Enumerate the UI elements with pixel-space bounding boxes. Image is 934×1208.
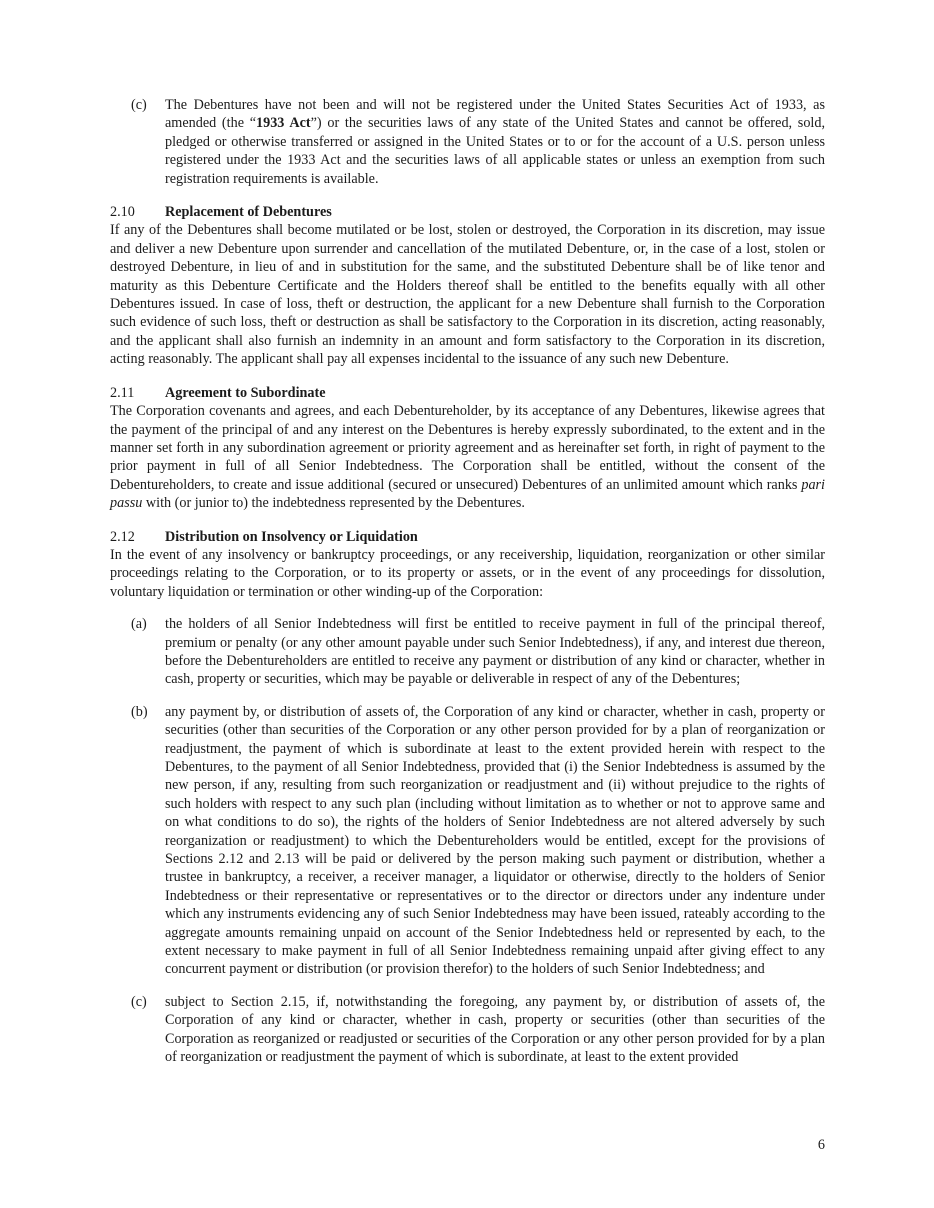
section-body: In the event of any insolvency or bankru… [110,546,825,601]
section-2-11: 2.11Agreement to Subordinate The Corpora… [110,384,825,513]
section-heading: 2.10Replacement of Debentures [110,203,825,221]
section-title: Replacement of Debentures [165,204,332,220]
page-number: 6 [818,1136,825,1154]
list-item-a: (a) the holders of all Senior Indebtedne… [110,615,825,689]
list-item-marker: (b) [131,703,148,721]
section-number: 2.10 [110,203,165,221]
list-item-1933-act: (c) The Debentures have not been and wil… [110,96,825,188]
section-number: 2.11 [110,384,165,402]
list-item-marker: (c) [131,993,147,1011]
section-heading: 2.11Agreement to Subordinate [110,384,825,402]
section-body: If any of the Debentures shall become mu… [110,221,825,368]
list-item-marker: (a) [131,615,147,633]
list-item-c: (c) subject to Section 2.15, if, notwith… [110,993,825,1067]
list-item-text: the holders of all Senior Indebtedness w… [165,615,825,689]
section-2-12: 2.12Distribution on Insolvency or Liquid… [110,528,825,1067]
section-2-10: 2.10Replacement of Debentures If any of … [110,203,825,369]
section-body: The Corporation covenants and agrees, an… [110,402,825,512]
list-item-text: The Debentures have not been and will no… [165,96,825,188]
list-item-text: any payment by, or distribution of asset… [165,703,825,979]
list-item-marker: (c) [131,96,147,114]
list-item-b: (b) any payment by, or distribution of a… [110,703,825,979]
list-item-text: subject to Section 2.15, if, notwithstan… [165,993,825,1067]
defined-term-1933-act: 1933 Act [256,115,311,131]
section-body-pre: The Corporation covenants and agrees, an… [110,403,825,493]
section-title: Agreement to Subordinate [165,385,326,401]
section-number: 2.12 [110,528,165,546]
document-page: (c) The Debentures have not been and wil… [0,0,934,1208]
section-heading: 2.12Distribution on Insolvency or Liquid… [110,528,825,546]
section-body-post: with (or junior to) the indebtedness rep… [142,495,525,511]
section-title: Distribution on Insolvency or Liquidatio… [165,529,418,545]
